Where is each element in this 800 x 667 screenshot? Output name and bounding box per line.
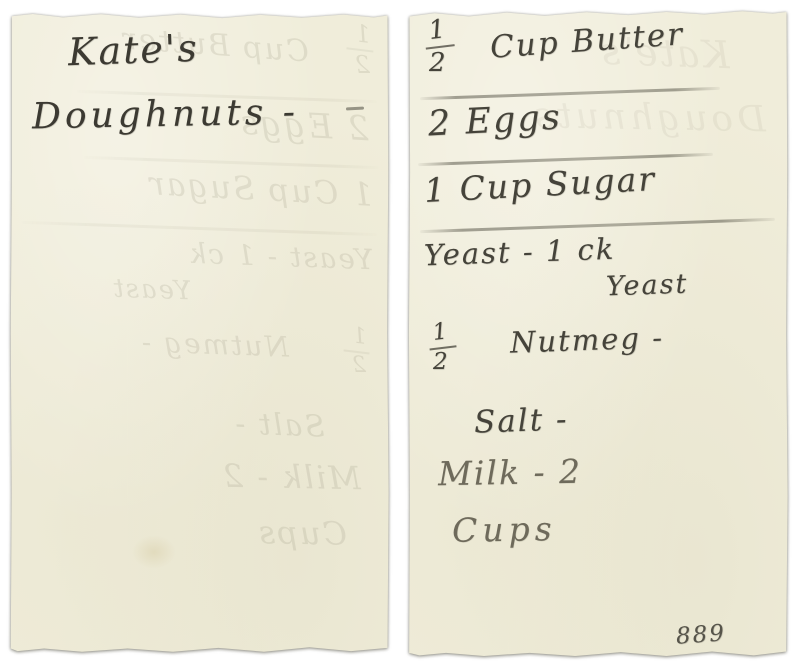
ingredient-fraction: 12 [428, 322, 455, 374]
recipe-card-front: 12 Cup Butter 2 Eggs 1 Cup Sugar Yeast -… [10, 13, 389, 653]
ingredient-line: Yeast - 1 ck [424, 235, 616, 271]
ingredient-line: 2 Eggs [427, 101, 562, 143]
ingredient-line: Salt - [473, 404, 568, 438]
ghost-line: Nutmeg - [139, 328, 289, 361]
ingredient-line: Milk - 2 [438, 455, 583, 491]
ingredient-fraction: 12 [424, 18, 453, 75]
ingredient-line-continuation: Yeast [606, 271, 689, 301]
ghost-line: 1 Cup Sugar [147, 167, 374, 211]
ghost-divider [22, 221, 377, 236]
archive-number: 889 [675, 622, 726, 648]
ingredient-line: 1 Cup Sugar [423, 162, 656, 207]
ingredient-line: Nutmeg - [510, 323, 665, 357]
ghost-line: Yeast - 1 ck [187, 240, 373, 274]
recipe-title-line1: Kate's [67, 29, 199, 72]
pencil-divider [420, 87, 720, 100]
ingredient-line: Cups [452, 512, 557, 547]
ghost-line: Yeast [111, 276, 191, 305]
stray-pencil-mark [346, 107, 364, 111]
ghost-line: 12 [348, 23, 375, 77]
fraction-numerator: 1 [422, 16, 454, 49]
recipe-card-front-paper: 12 Cup Butter 2 Eggs 1 Cup Sugar Yeast -… [10, 13, 389, 653]
paper-stain [132, 535, 176, 569]
ghost-line: Salt - [233, 409, 326, 442]
recipe-title-line2: Doughnuts - [32, 95, 299, 136]
ghost-line: Cups [257, 516, 348, 550]
ghost-line: Milk - 2 [221, 460, 362, 494]
fraction-denominator: 2 [433, 349, 450, 374]
recipe-card-back-paper: Kate's Doughnuts - 12 Cup Butter 2 Eggs … [408, 10, 788, 658]
recipe-card-back: Kate's Doughnuts - 12 Cup Butter 2 Eggs … [408, 10, 788, 658]
ingredient-line: Cup Butter [489, 19, 685, 63]
ghost-line: 12 [345, 327, 371, 377]
ghost-divider [84, 156, 379, 169]
fraction-numerator: 1 [426, 320, 456, 350]
fraction-denominator: 2 [429, 48, 448, 76]
pencil-divider [420, 218, 775, 233]
